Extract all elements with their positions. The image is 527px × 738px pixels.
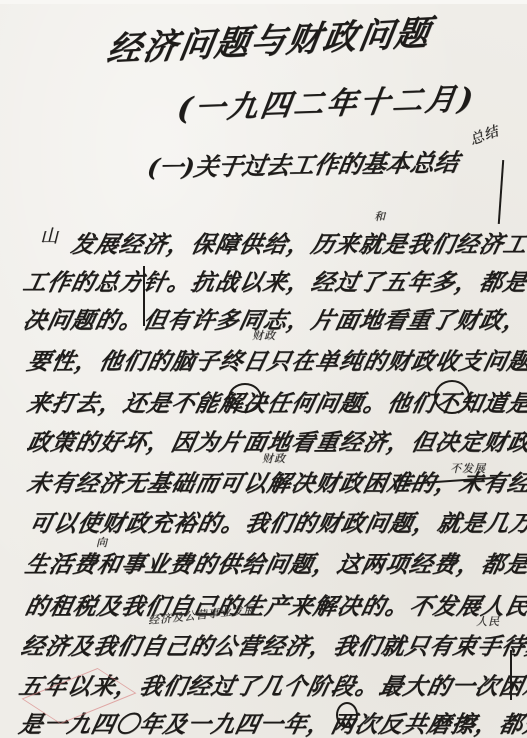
insertion-line [510,650,512,700]
circle-mark [228,383,262,413]
circle-mark [336,702,358,728]
manuscript-line-2: 工作的总方针。抗战以来，经过了五年多，都是在这一方针下解 [20,264,527,297]
scan-edge [0,0,527,4]
manuscript-line-11: 经济及我们自己的公营经济，我们就只有束手待毙。 [18,628,527,661]
manuscript-line-10: 的租税及我们自己的生产来解决的。不发展人民 [22,588,527,621]
insert-note: 和 [374,208,386,224]
section-heading: (一)关于过去工作的基本总结 [145,143,461,184]
interlinear-edit: 向 [96,534,108,550]
interlinear-edit: 人民 [476,613,500,629]
manuscript-line-4: 要性，他们的脑子终日只在单纯的财政收支问题上打圈子，打 [24,343,527,376]
manuscript-line-1: 发展经济，保障供给，历来就是我们经济工作与财政 [68,226,527,259]
interlinear-edit: 不发展 [450,460,486,476]
insertion-line [143,266,145,326]
interlinear-edit: 财政 [252,327,276,343]
manuscript-line-9: 生活费和事业费的供给问题，这两项经费，都是用人民 [22,546,527,579]
circle-mark [434,380,470,414]
interlinear-edit: 财政 [262,450,286,466]
margin-mark: 山 [40,222,59,248]
